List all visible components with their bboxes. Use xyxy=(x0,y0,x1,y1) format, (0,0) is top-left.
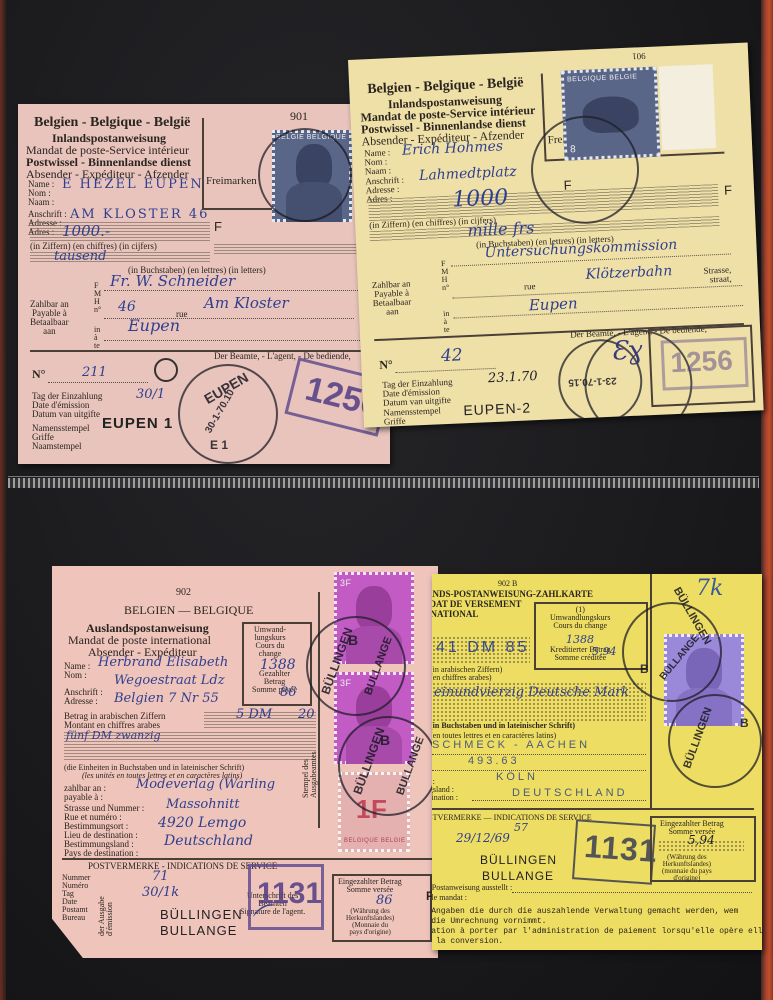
number-value: 211 xyxy=(82,366,107,379)
official-label-1: Unterschrift des Beamten, der die Postan… xyxy=(432,884,512,892)
album-left-edge xyxy=(0,0,6,1000)
deposit-note: (Währung des Herkunftslandes) (Monnaie d… xyxy=(346,908,394,936)
office-stamp-bullange: BULLANGE xyxy=(160,924,237,937)
deposit-value: 5,94 xyxy=(688,834,715,846)
sender-name: E HEZEL EUPEN xyxy=(62,178,204,191)
exchange-box-label: Umwand- lungskurs Cours du change xyxy=(254,626,286,658)
date-labels: Tag der Einzahlung Date d'émission Datum… xyxy=(32,392,102,419)
number-label: N° xyxy=(32,368,45,380)
field-labels: Postschecks : Bestimmungsland : Pays de … xyxy=(432,778,458,802)
stamp-strip-label: Stempel des Ausgabeamtes xyxy=(302,751,318,798)
circle-mark xyxy=(154,358,178,382)
strip-divider xyxy=(8,476,759,477)
number-value: 42 xyxy=(441,347,463,365)
card-title: Belgien - Belgique - België xyxy=(34,116,190,130)
payee-country: Deutschland xyxy=(164,834,253,848)
name-labels: Name : Nom : Naam : xyxy=(28,180,54,207)
cancel-letter: B xyxy=(740,716,749,730)
box-cancel-1256: 1256 xyxy=(661,337,749,391)
name-labels: Name : Nom : Naam : xyxy=(364,148,391,176)
amount-words: einundvierzig Deutsche Mark xyxy=(434,686,629,699)
footnote-4: même la conversion. xyxy=(432,938,503,946)
country-label: Bestimmungsland : Pays de destination : xyxy=(64,840,138,858)
service-date: 29/12/69 xyxy=(456,832,510,844)
account-number: 493.63 xyxy=(468,756,520,767)
payee-city: Eupen xyxy=(529,296,578,313)
paid-value: 86 xyxy=(280,686,297,699)
official-label: Der Beamte, - L'agent, - De bediende, xyxy=(214,352,351,361)
cancel-letter: B xyxy=(348,632,358,648)
service-date: 30/1k xyxy=(142,886,179,899)
handwritten-mark: 7k xyxy=(696,578,723,600)
name-labels: Name : Nom : xyxy=(64,662,90,680)
name-stamp-labels: Namensstempel Griffe Naamstempel xyxy=(383,406,442,427)
postmark-bullingen-2: BÜLLINGEN B xyxy=(668,694,762,788)
cancel-text-2: BULLANGE xyxy=(362,635,394,697)
date-labels: Tag der Einzahlung Date d'émission Datum… xyxy=(382,378,453,408)
deposit-note: (Währung des Herkunftslandes) (monnaie d… xyxy=(662,854,712,882)
service-header: POSTVERMERKE — INDICATIONS DE SERVICE xyxy=(432,814,592,822)
postmark-eupen: EUPEN 30-1-70.10 E 1 xyxy=(178,364,278,464)
binder-edge xyxy=(761,0,773,1000)
sender-address-2: Belgien 7 Nr 55 xyxy=(114,692,219,705)
date-value: 23.1.70 xyxy=(488,370,538,385)
amount-digits: 1000.- xyxy=(62,224,110,239)
deposit-value: 86 xyxy=(376,894,393,907)
form-number: 901 xyxy=(632,51,646,61)
payee-street: Am Kloster xyxy=(204,296,289,311)
payee-number: 46 xyxy=(118,300,136,314)
money-order-card-1: 901 Belgien - Belgique - België Inlandsp… xyxy=(18,104,390,464)
stamp-country: BELGIQUE BELGIE xyxy=(344,838,406,844)
number-label: N° xyxy=(379,358,393,371)
city: KÖLN xyxy=(496,772,538,783)
payee-name: Modeverlag (Warling xyxy=(136,778,275,791)
amount-words: fünf DM zwanzig xyxy=(66,730,161,741)
country: DEUTSCHLAND xyxy=(512,788,628,799)
payee-street: Massohnitt xyxy=(166,798,240,811)
money-order-card-4: 902 B AUSLANDS-POSTANWEISUNG-ZAHLKARTE M… xyxy=(432,574,762,950)
payee-city: Eupen xyxy=(128,318,180,334)
footnote-3: (1) Indication à porter par l'administra… xyxy=(432,928,762,936)
album-page: 901 Belgien - Belgique - België Inlandsp… xyxy=(0,0,773,1000)
cancel-letter: E 1 xyxy=(210,438,228,452)
postmark-bullingen-1: BÜLLINGEN B BULLANGE xyxy=(306,616,406,716)
sender-name: Herbrand Elisabeth xyxy=(98,656,228,669)
payee-city: 4920 Lemgo xyxy=(158,816,246,830)
form-number: 901 xyxy=(290,110,308,122)
title-line-1: AUSLANDS-POSTANWEISUNG-ZAHLKARTE xyxy=(432,590,593,599)
amount-letters: mille frs xyxy=(467,220,534,239)
payable-label: Zahlbar an Payable à Betaalbaar aan xyxy=(30,300,69,336)
address-labels: Anschrift : Adresse : xyxy=(64,688,103,706)
title-line-2: MANDAT DE VERSEMENT xyxy=(432,600,522,609)
destination-label: Bestimmungsort : Lieu de destination : xyxy=(64,822,138,840)
cancel-letter: B xyxy=(640,662,649,676)
cancel-letter: B xyxy=(380,732,390,748)
amount-value: 41 DM 85 xyxy=(436,640,529,656)
sender-name: Erich Hohmes xyxy=(402,139,504,157)
street-label: Strasse und Nummer : Rue et numéro : xyxy=(64,804,144,822)
name-stamp: EUPEN-2 xyxy=(463,400,531,417)
f-mark: F xyxy=(214,220,222,233)
money-order-card-3: 902 BELGIEN — BELGIQUE Auslandspostanwei… xyxy=(52,566,438,958)
digits-label: (in arabischen Ziffern) (en chiffres ara… xyxy=(432,666,502,682)
footnote-2: sie die Umrechnung vornimmt. xyxy=(432,918,546,926)
amount-digits: 1000 xyxy=(452,187,509,211)
letters-label-1: (in Buchstaben und in lateinischer Schri… xyxy=(432,722,575,730)
service-number: 57 xyxy=(514,822,528,833)
office-stamp-bullingen: BÜLLINGEN xyxy=(160,908,243,921)
rue-label: rue xyxy=(524,282,536,291)
postmark-bullingen-2: BÜLLINGEN B BULLANGE xyxy=(338,716,438,816)
stamp-margin xyxy=(659,64,717,150)
sender-address-1: Wegoestraat Ldz xyxy=(114,674,225,687)
office-stamp-bullange: BULLANGE xyxy=(482,870,554,882)
postmark-bullingen-1: BÜLLINGEN B BULLANGE xyxy=(622,602,722,702)
issue-side-label: der Ausgabe d'émission xyxy=(98,896,114,936)
money-order-card-2: 901 Belgien - Belgique - België Inlandsp… xyxy=(348,43,764,428)
deposit-box-label: Eingezahlter Betrag Somme versée xyxy=(338,878,402,894)
exchange-box-label: (1) Umwandlungskurs Cours du change xyxy=(550,606,610,630)
name-stamp-labels: Namensstempel Griffe Naamstempel xyxy=(32,424,90,451)
cancel-text-2: BULLANGE xyxy=(394,735,426,797)
payable-label: Zahlbar an Payable à Betaalbaar aan xyxy=(372,279,412,317)
exchange-value: 1388 xyxy=(566,634,594,645)
payee-label: zahlbar an : payable à : xyxy=(64,784,106,802)
form-number: 902 xyxy=(176,588,191,598)
amount-value: 5 DM xyxy=(236,708,272,721)
name-stamp: EUPEN 1 xyxy=(102,416,173,431)
official-label-2: Signature de l'agent qui établit le mand… xyxy=(432,894,467,902)
box-cancel-1131: 1131 xyxy=(572,819,656,884)
payee-name: SCHMECK - AACHEN xyxy=(432,740,590,751)
stamp-value: 3F xyxy=(340,578,352,588)
amount-letters: tausend xyxy=(54,250,106,263)
card-title: BELGIEN — BELGIQUE xyxy=(124,604,253,616)
sender-address: AM KLOSTER 46 xyxy=(70,208,209,221)
payee-name: Fr. W. Schneider xyxy=(110,274,235,289)
office-stamp-bullingen: BÜLLINGEN xyxy=(480,854,557,866)
date-value: 30/1 xyxy=(136,388,165,401)
sender-address: Lahmedtplatz xyxy=(419,165,517,183)
cancel-text-2: BULLANGE xyxy=(658,633,702,683)
form-number: 902 B xyxy=(498,580,517,588)
credit-value: 5,94 xyxy=(592,646,617,657)
cancel-text: BÜLLINGEN xyxy=(681,706,714,770)
amount-cents: 20 xyxy=(298,708,315,721)
payee-street: Klötzerbahn xyxy=(585,264,672,282)
service-labels: Nummer Numéro Tag Date Postamt Bureau xyxy=(62,874,90,922)
freimarken-label: Freimarken xyxy=(206,176,257,187)
title-line-3: INTERNATIONAL xyxy=(432,610,478,619)
official-signature: Ɛɣ xyxy=(610,337,643,364)
cancel-text: EUPEN xyxy=(618,413,656,427)
album-strip xyxy=(8,478,759,488)
postmark-eupen-top xyxy=(258,128,352,222)
amount-label: Betrag in arabischen Ziffern Montant en … xyxy=(64,712,166,730)
street-label: Strasse, straat, xyxy=(703,265,732,284)
service-number: 71 xyxy=(152,870,169,883)
footnote-1: (1) Angaben die durch die auszahlende Ve… xyxy=(432,908,738,916)
